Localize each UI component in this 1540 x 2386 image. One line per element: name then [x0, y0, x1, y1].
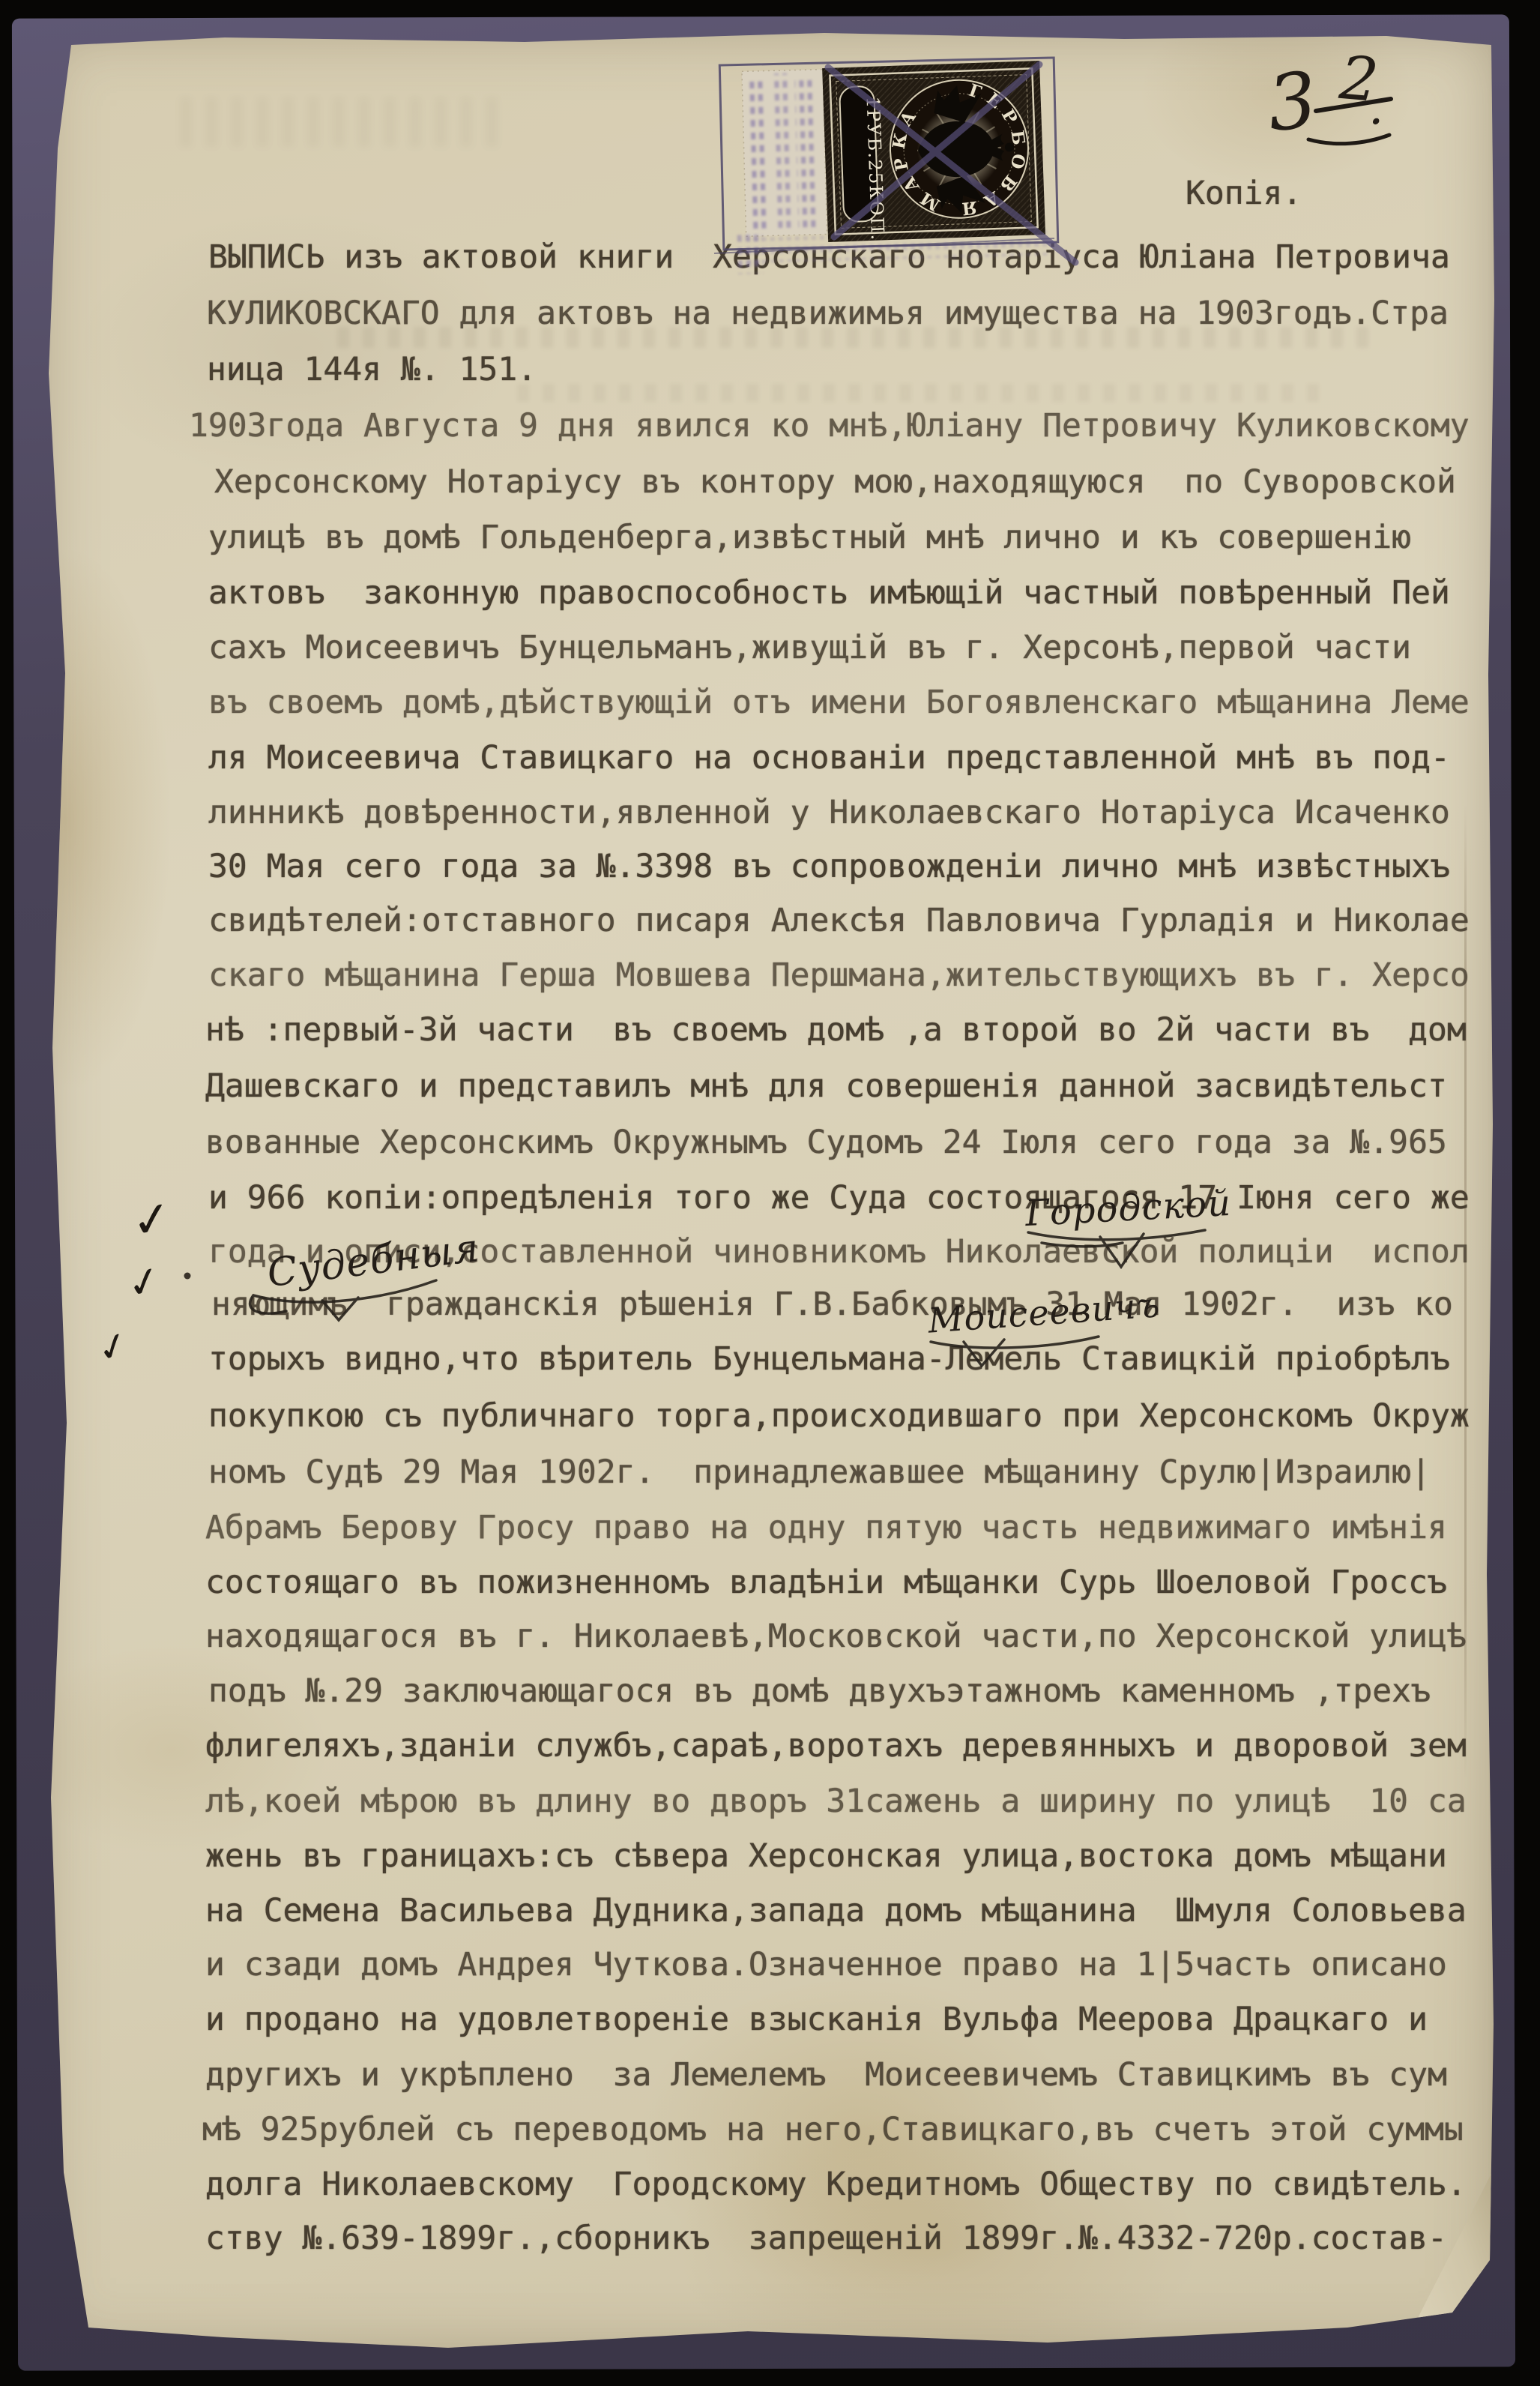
typed-line: мѣ 925рублей съ переводомъ на него,Стави…: [202, 2114, 1464, 2146]
typed-line: флигеляхъ,зданіи службъ,сараѣ,воротахъ д…: [205, 1730, 1467, 1762]
typed-line: на Семена Васильева Дудника,запада домъ …: [205, 1895, 1467, 1927]
typed-line: номъ Судѣ 29 Мая 1902г. принадлежавшее м…: [208, 1456, 1431, 1489]
typed-line: состоящаго въ пожизненномъ владѣніи мѣща…: [205, 1567, 1447, 1599]
typed-line: жень въ границахъ:съ сѣвера Херсонская у…: [205, 1840, 1447, 1873]
typed-line: 30 Мая сего года за №.3398 въ сопровожде…: [208, 851, 1450, 883]
scan-background: { "corner_numbers": { "first": "3", "sec…: [0, 0, 1540, 2386]
typed-line: КУЛИКОВСКАГО для актовъ на недвижимья им…: [207, 298, 1449, 330]
typed-line: няющимъ гражданскія рѣшенія Г.В.Бабковым…: [211, 1289, 1453, 1321]
typed-line: торыхъ видно,что вѣритель Бунцельмана-Ле…: [208, 1343, 1450, 1376]
typed-line: Дашевскаго и представилъ мнѣ для соверше…: [205, 1070, 1447, 1103]
typed-line: и 966 копіи:опредѣленія того же Суда сос…: [208, 1182, 1470, 1214]
typed-line: подъ №.29 заключающагося въ домѣ двухъэт…: [208, 1675, 1431, 1708]
typed-line: линникѣ довѣренности,явленной у Николаев…: [208, 797, 1450, 829]
typed-line: актовъ законную правоспособность имѣющій…: [208, 577, 1450, 609]
typed-line: ница 144я №. 151.: [207, 354, 537, 386]
margin-checkmark: ✓: [129, 1194, 175, 1247]
typed-line: Абрамъ Берову Гросу право на одну пятую …: [205, 1512, 1447, 1544]
typed-line: и продано на удовлетвореніе взысканія Ву…: [205, 2004, 1428, 2036]
typed-line: 1903года Августа 9 дня явился ко мнѣ,Юлі…: [189, 410, 1470, 442]
typed-line: лѣ,коей мѣрою въ длину во дворъ 31сажень…: [205, 1786, 1467, 1818]
margin-checkmark: ✓: [92, 1325, 133, 1370]
typed-line: и сзади домъ Андрея Чуткова.Означенное п…: [205, 1949, 1447, 1981]
handwritten-insert: Городской: [1024, 1185, 1232, 1232]
typed-line: Херсонскому Нотаріусу въ контору мою,нах…: [214, 466, 1456, 498]
typed-line: свидѣтелей:отставного писаря Алексѣя Пав…: [208, 905, 1470, 937]
typed-line: долга Николаевскому Городскому Кредитном…: [205, 2169, 1467, 2201]
page-number-dot: .: [1368, 84, 1383, 132]
typed-line: сахъ Моисеевичъ Бунцельманъ,живущій въ г…: [208, 632, 1411, 664]
page-number-first: 3: [1264, 62, 1320, 143]
typed-line: Копія.: [1186, 178, 1302, 210]
stray-ink-dot: [184, 1273, 191, 1280]
typed-line: другихъ и укрѣплено за Лемелемъ Моисееви…: [205, 2059, 1447, 2091]
typed-line: находящагося въ г. Николаевѣ,Московской …: [205, 1621, 1467, 1653]
typed-line: скаго мѣщанина Герша Мовшева Першмана,жи…: [208, 959, 1470, 992]
typed-line: въ своемъ домѣ,дѣйствующій отъ имени Бог…: [208, 687, 1470, 719]
revenue-stamp: 1РУБ.25КОП. ГЕРБОВАЯ МАРКА: [701, 37, 1090, 277]
typed-line: вованные Херсонскимъ Окружнымъ Судомъ 24…: [205, 1127, 1447, 1159]
document-content: Копія.ВЫПИСЬ изъ актовой книги Херсонска…: [0, 0, 1540, 2386]
typed-line: улицѣ въ домѣ Гольденберга,извѣстный мнѣ…: [208, 522, 1411, 554]
typed-line: ству №.639-1899г.,сборникъ запрещеній 18…: [205, 2223, 1447, 2255]
typed-line: покупкою съ публичнаго торга,происходивш…: [208, 1400, 1470, 1432]
bleed-through: [180, 97, 502, 147]
bleed-through: [517, 384, 1326, 402]
typed-line: нѣ :первый-3й части въ своемъ домѣ ,а вт…: [205, 1014, 1467, 1046]
typed-line: ля Моисеевича Ставицкаго на основаніи пр…: [208, 742, 1450, 774]
margin-checkmark: ✓: [123, 1259, 166, 1306]
